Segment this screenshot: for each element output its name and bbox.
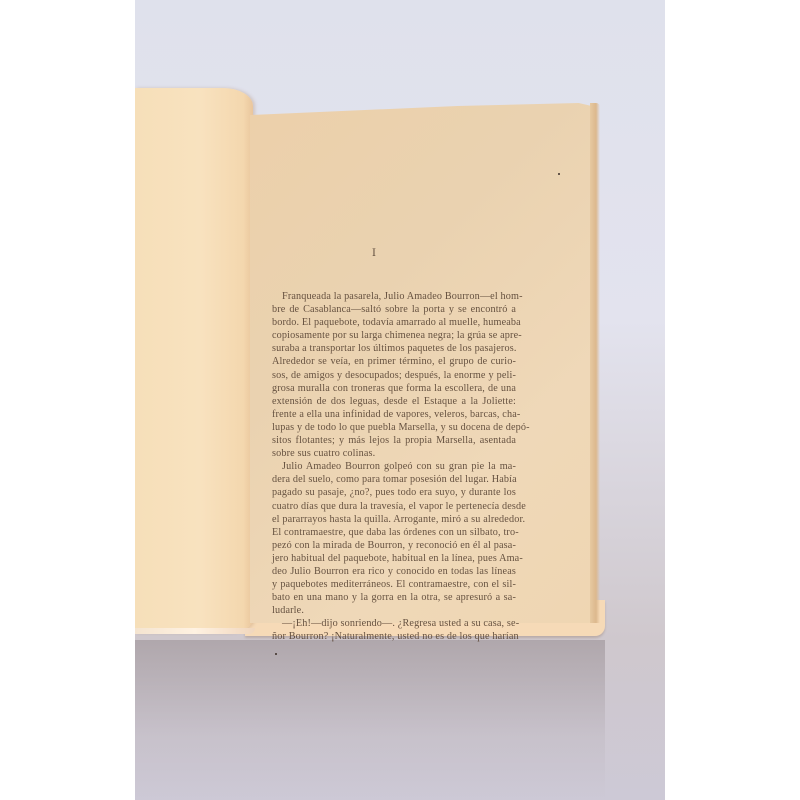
text-line: Alrededor se veía, en primer término, el… [272,355,516,368]
text-line: copiosamente por su larga chimenea negra… [272,329,516,342]
left-page [135,88,253,633]
text-line: lupas y de todo lo que puebla Marsella, … [272,421,516,434]
paper-speck [558,173,560,175]
text-line: y paquebotes mediterráneos. El contramae… [272,578,516,591]
text-line: extensión de dos leguas, desde el Estaqu… [272,395,516,408]
text-line: sobre sus cuatro colinas. [272,447,516,460]
text-line: bordo. El paquebote, todavía amarrado al… [272,316,516,329]
text-line: suraba a transportar los últimos paquete… [272,342,516,355]
text-line: sitos flotantes; y más lejos la propia M… [272,434,516,447]
text-line: el pararrayos hasta la quilla. Arrogante… [272,513,516,526]
text-line: Franqueada la pasarela, Julio Amadeo Bou… [272,290,516,303]
chapter-number: I [364,248,384,259]
text-line: ñor Bourron? ¡Naturalmente, usted no es … [272,630,516,643]
text-line: pezó con la mirada de Bourron, y reconoc… [272,539,516,552]
text-line: bato en una mano y la gorra en la otra, … [272,591,516,604]
text-line: sos, de amigos y desocupados; después, l… [272,369,516,382]
text-line: ludarle. [272,604,516,617]
text-line: dera del suelo, como para tomar posesión… [272,473,516,486]
text-line: grosa muralla con troneras que forma la … [272,382,516,395]
left-page-bottom-edge [135,628,255,634]
text-line: —¡Eh!—dijo sonriendo—. ¿Regresa usted a … [272,617,516,630]
text-line: bre de Casablanca—saltó sobre la porta y… [272,303,516,316]
text-line: jero habitual del paquebote, habitual en… [272,552,516,565]
surface-speck [275,653,277,655]
book-shadow [135,640,605,800]
text-line: frente a ella una infinidad de vapores, … [272,408,516,421]
text-line: El contramaestre, que daba las órdenes c… [272,526,516,539]
text-line: cuatro días que dura la travesía, el vap… [272,500,516,513]
text-line: pagado su pasaje, ¿no?, pues todo era su… [272,486,516,499]
right-page-fore-edge [590,103,600,623]
text-line: Julio Amadeo Bourron golpeó con su gran … [272,460,516,473]
text-line: deo Julio Bourron era rico y conocido en… [272,565,516,578]
page-body-text: Franqueada la pasarela, Julio Amadeo Bou… [272,290,516,644]
